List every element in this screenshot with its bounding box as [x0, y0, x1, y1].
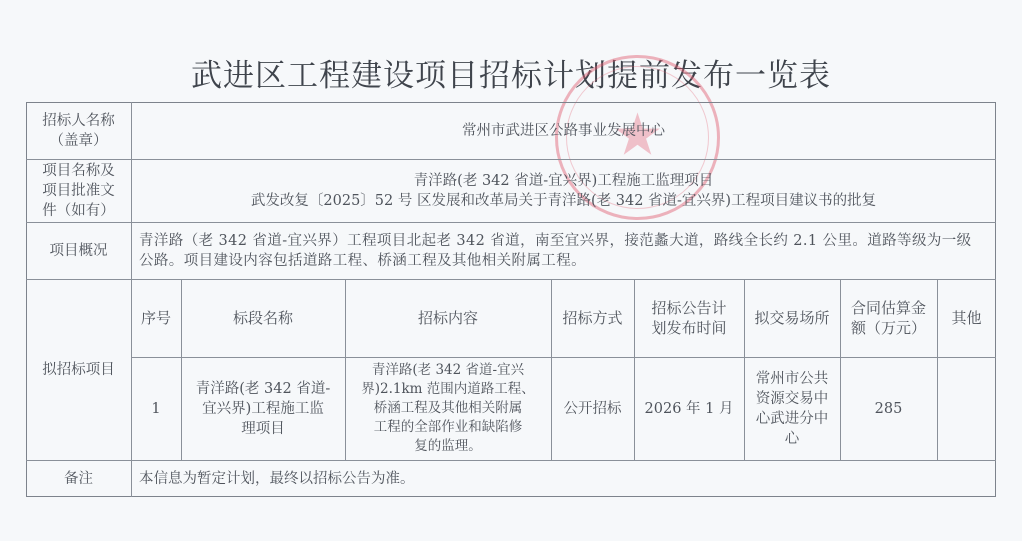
- bid-items-label: 拟招标项目: [26, 279, 131, 460]
- col-header-content: 招标内容: [345, 279, 551, 357]
- item-venue: 常州市公共 资源交易中 心武进分中 心: [744, 357, 840, 460]
- col-header-index: 序号: [131, 279, 181, 357]
- overview-label: 项目概况: [26, 222, 131, 279]
- col-header-section-name: 标段名称: [181, 279, 345, 357]
- project-name: 青洋路(老 342 省道-宜兴界)工程施工监理项目: [414, 171, 714, 191]
- col-header-publish-time: 招标公告计 划发布时间: [634, 279, 744, 357]
- project-name-value: 青洋路(老 342 省道-宜兴界)工程施工监理项目 武发改复〔2025〕52 号…: [131, 159, 996, 222]
- item-content: 青洋路(老 342 省道-宜兴 界)2.1km 范围内道路工程、 桥涵工程及其他…: [345, 357, 551, 460]
- item-section-name: 青洋路(老 342 省道- 宜兴界)工程施工监 理项目: [181, 357, 345, 460]
- approval-document: 武发改复〔2025〕52 号 区发展和改革局关于青洋路(老 342 省道-宜兴界…: [251, 191, 876, 211]
- col-header-venue: 拟交易场所: [744, 279, 840, 357]
- page-title: 武进区工程建设项目招标计划提前发布一览表: [0, 50, 1022, 95]
- col-header-method: 招标方式: [551, 279, 634, 357]
- item-amount: 285: [840, 357, 937, 460]
- item-method: 公开招标: [551, 357, 634, 460]
- col-header-amount: 合同估算金 额（万元）: [840, 279, 937, 357]
- col-header-other: 其他: [937, 279, 996, 357]
- item-index: 1: [131, 357, 181, 460]
- overview-value: 青洋路（老 342 省道-宜兴界）工程项目北起老 342 省道，南至宜兴界，接范…: [131, 222, 996, 279]
- remarks-label: 备注: [26, 460, 131, 497]
- tenderer-label: 招标人名称 （盖章）: [26, 102, 131, 159]
- tenderer-value: 常州市武进区公路事业发展中心: [131, 102, 996, 159]
- item-publish-time: 2026 年 1 月: [634, 357, 744, 460]
- project-name-label: 项目名称及 项目批准文 件（如有）: [26, 159, 131, 222]
- remarks-value: 本信息为暂定计划，最终以招标公告为准。: [131, 460, 996, 497]
- item-other: [937, 357, 996, 460]
